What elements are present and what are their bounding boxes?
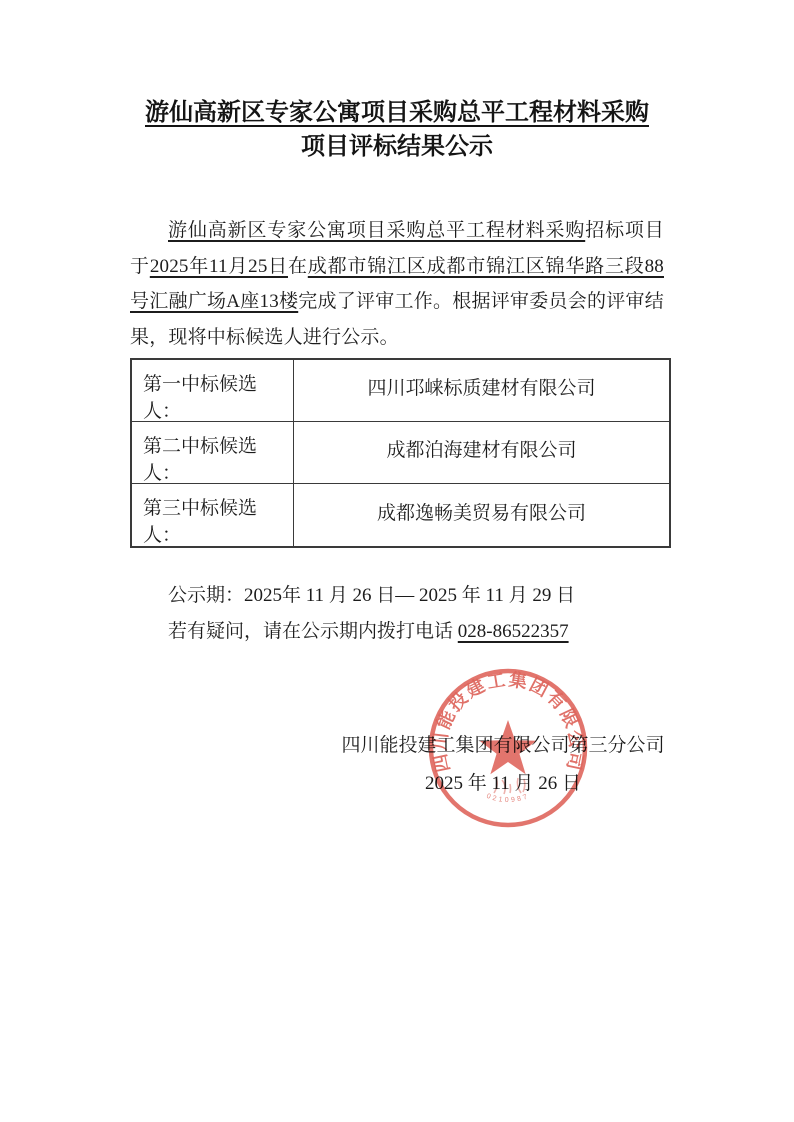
signature-block: 四川能投建工集团有限公司第三分公司 2025 年 11 月 26 日	[330, 727, 676, 803]
notice-question-text: 若有疑问，请在公示期内拨打电话	[168, 621, 458, 642]
table-row: 第一中标候选人： 四川邛崃标质建材有限公司	[132, 360, 669, 422]
document-title: 游仙高新区专家公寓项目采购总平工程材料采购 项目评标结果公示	[0, 96, 794, 164]
signature-company: 四川能投建工集团有限公司第三分公司	[330, 727, 676, 765]
table-row: 第三中标候选人： 成都逸畅美贸易有限公司	[132, 484, 669, 546]
notice-block: 公示期：2025年 11 月 26 日— 2025 年 11 月 29 日 若有…	[168, 578, 668, 650]
title-line-2: 项目评标结果公示	[0, 130, 794, 164]
row-label: 第二中标候选人：	[132, 422, 294, 483]
document-page: 游仙高新区专家公寓项目采购总平工程材料采购 项目评标结果公示 游仙高新区专家公寓…	[0, 0, 794, 1122]
row-label: 第三中标候选人：	[132, 484, 294, 546]
table-row: 第二中标候选人： 成都泊海建材有限公司	[132, 422, 669, 484]
notice-period: 公示期：2025年 11 月 26 日— 2025 年 11 月 29 日	[168, 578, 668, 614]
paragraph-segment: 2025年11月25日	[150, 256, 288, 277]
intro-paragraph: 游仙高新区专家公寓项目采购总平工程材料采购招标项目于2025年11月25日在成都…	[130, 213, 664, 355]
phone-number: 028-86522357	[458, 621, 569, 642]
row-value: 成都泊海建材有限公司	[294, 422, 669, 483]
row-label: 第一中标候选人：	[132, 360, 294, 421]
notice-question: 若有疑问，请在公示期内拨打电话 028-86522357	[168, 614, 668, 650]
signature-date: 2025 年 11 月 26 日	[330, 765, 676, 803]
paragraph-segment: 在	[288, 256, 308, 277]
row-value: 成都逸畅美贸易有限公司	[294, 484, 669, 546]
title-line-1: 游仙高新区专家公寓项目采购总平工程材料采购	[0, 96, 794, 130]
row-value: 四川邛崃标质建材有限公司	[294, 360, 669, 421]
paragraph-segment: 游仙高新区专家公寓项目采购总平工程材料采购	[168, 220, 585, 241]
candidates-table: 第一中标候选人： 四川邛崃标质建材有限公司 第二中标候选人： 成都泊海建材有限公…	[130, 358, 671, 548]
